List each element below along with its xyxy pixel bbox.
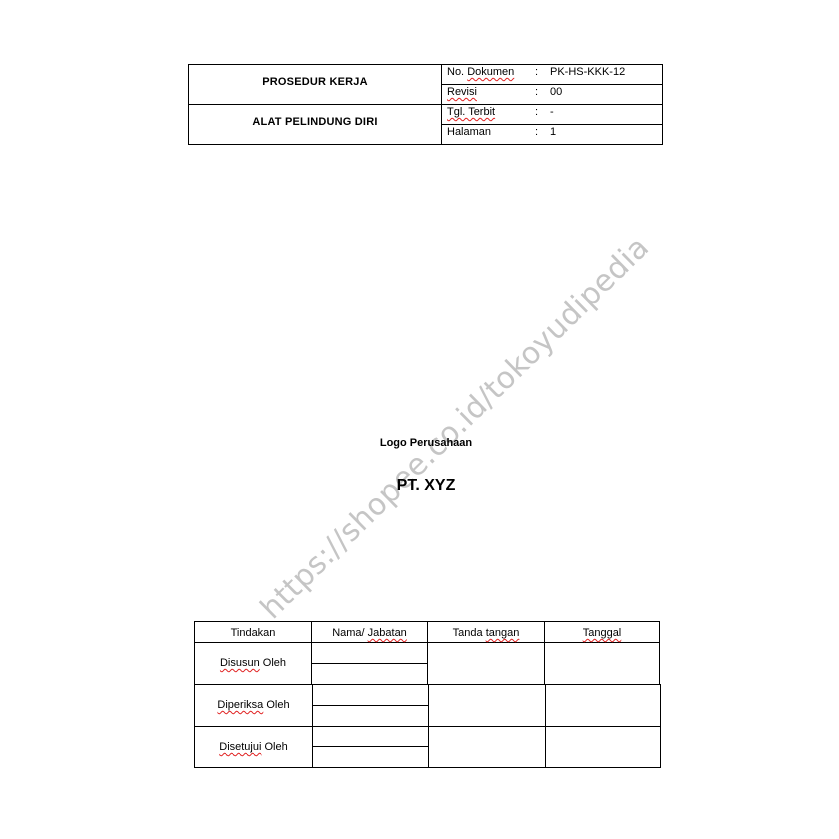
column-header-action: Tindakan — [195, 627, 311, 639]
name-field[interactable] — [312, 643, 427, 663]
row-action-text: Disusun — [220, 657, 260, 669]
column-header-text: tangan — [486, 627, 520, 639]
table-border — [441, 84, 663, 85]
position-field[interactable] — [313, 747, 428, 767]
meta-value-issue-date: - — [550, 106, 554, 118]
name-field[interactable] — [313, 727, 428, 746]
row-action-label: Diperiksa Oleh — [195, 699, 312, 711]
date-field[interactable] — [546, 727, 660, 767]
procedure-title: PROSEDUR KERJA — [189, 76, 441, 88]
company-logo-placeholder: Logo Perusahaan — [326, 437, 526, 449]
table-border — [659, 621, 660, 684]
date-field[interactable] — [545, 643, 659, 684]
column-header-date: Tanggal — [545, 627, 659, 639]
table-border — [188, 104, 663, 105]
column-header-text: Jabatan — [368, 627, 407, 639]
date-field[interactable] — [546, 685, 660, 726]
meta-colon: : — [535, 126, 538, 138]
meta-label: Tgl. Terbit — [447, 106, 495, 118]
meta-label: No. Dokumen — [447, 66, 514, 78]
signature-field[interactable] — [429, 685, 545, 726]
procedure-subject: ALAT PELINDUNG DIRI — [189, 116, 441, 128]
table-border — [188, 64, 663, 65]
column-header-name-position: Nama/ Jabatan — [312, 627, 427, 639]
row-action-text: Oleh — [261, 741, 287, 753]
meta-colon: : — [535, 106, 538, 118]
row-action-text: Disetujui — [219, 741, 261, 753]
position-field[interactable] — [313, 706, 428, 726]
name-field[interactable] — [313, 685, 428, 705]
column-header-signature: Tanda tangan — [428, 627, 544, 639]
column-header-text: Tanggal — [583, 627, 622, 639]
column-header-text: Tanda — [453, 627, 486, 639]
meta-colon: : — [535, 66, 538, 78]
meta-label-text: Dokumen — [467, 66, 514, 78]
table-border — [188, 144, 663, 145]
row-action-text: Oleh — [263, 699, 289, 711]
table-border — [660, 684, 661, 768]
company-name: PT. XYZ — [326, 477, 526, 495]
row-action-text: Diperiksa — [217, 699, 263, 711]
row-action-text: Oleh — [260, 657, 286, 669]
watermark: https://shopee.co.id/tokoyudipedia — [254, 230, 656, 626]
meta-colon: : — [535, 86, 538, 98]
signature-field[interactable] — [428, 643, 544, 684]
table-border — [441, 124, 663, 125]
column-header-text: Nama/ — [332, 627, 367, 639]
meta-label: Revisi — [447, 86, 477, 98]
signature-field[interactable] — [429, 727, 545, 767]
meta-value-document-number: PK-HS-KKK-12 — [550, 66, 625, 78]
row-action-label: Disusun Oleh — [195, 657, 311, 669]
meta-value-revision: 00 — [550, 86, 562, 98]
row-action-label: Disetujui Oleh — [195, 741, 312, 753]
meta-label: Halaman — [447, 126, 491, 138]
meta-value-page: 1 — [550, 126, 556, 138]
position-field[interactable] — [312, 664, 427, 684]
